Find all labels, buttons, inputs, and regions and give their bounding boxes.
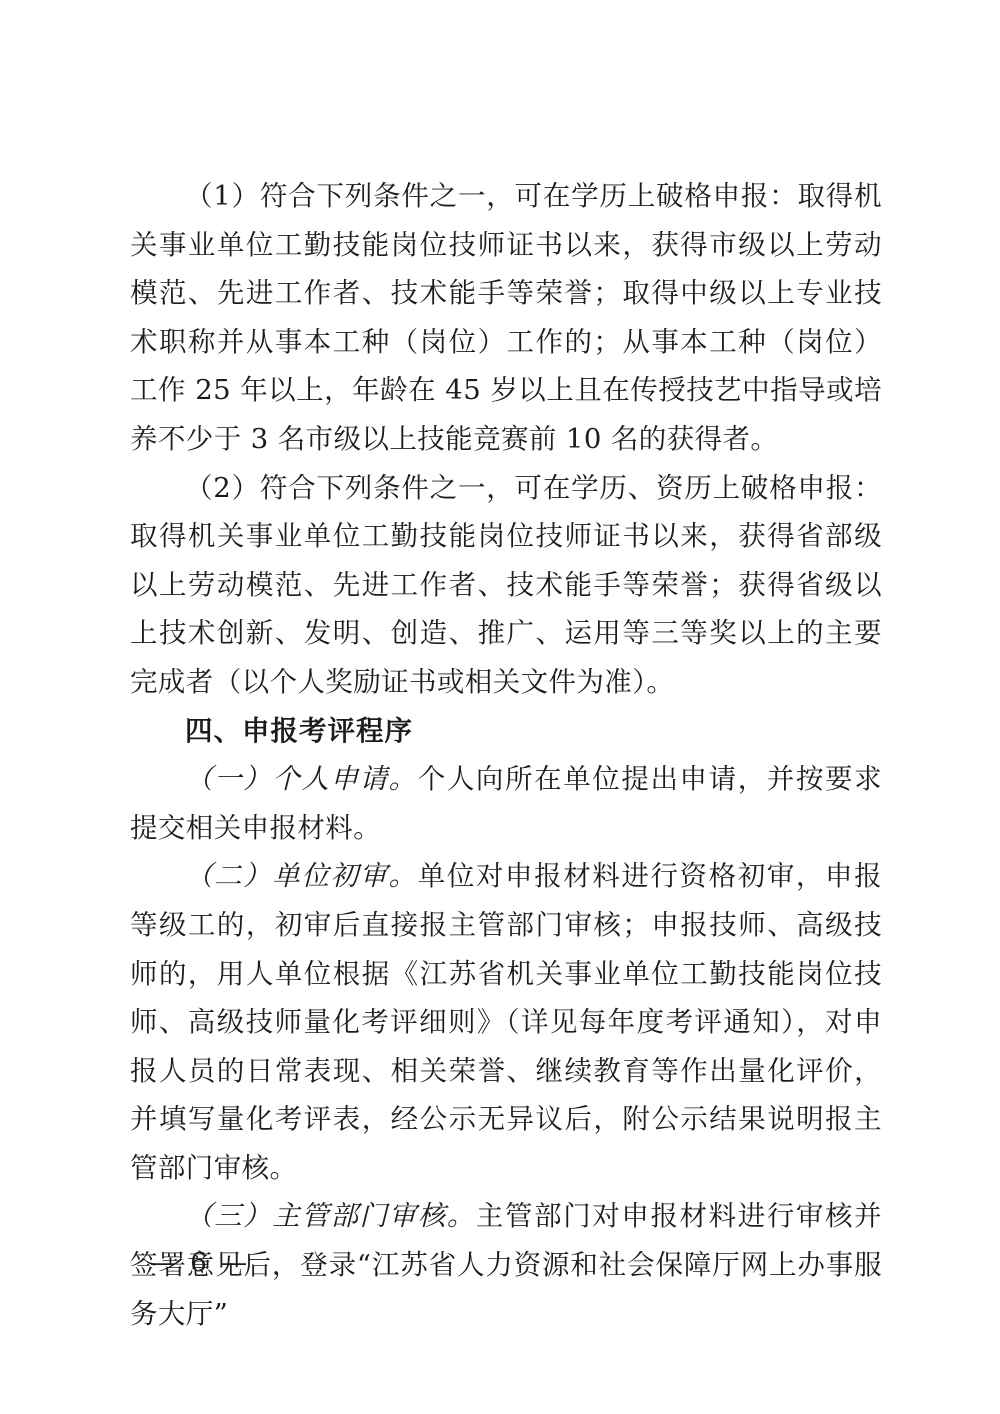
text-segment: 四、申报考评程序 bbox=[185, 715, 413, 747]
document-body: （1）符合下列条件之一，可在学历上破格申报：取得机关事业单位工勤技能岗位技师证书… bbox=[130, 172, 882, 1338]
section-heading: 四、申报考评程序 bbox=[130, 707, 882, 756]
text-segment: （二）单位初审。 bbox=[185, 860, 418, 892]
text-segment: 单位对申报材料进行资格初审，申报等级工的，初审后直接报主管部门审核；申报技师、高… bbox=[130, 860, 882, 1184]
paragraph: （2）符合下列条件之一，可在学历、资历上破格申报：取得机关事业单位工勤技能岗位技… bbox=[130, 464, 882, 707]
document-page: （1）符合下列条件之一，可在学历上破格申报：取得机关事业单位工勤技能岗位技师证书… bbox=[0, 0, 1000, 1414]
page-number-footer: — 6 — bbox=[150, 1246, 250, 1280]
paragraph: （1）符合下列条件之一，可在学历上破格申报：取得机关事业单位工勤技能岗位技师证书… bbox=[130, 172, 882, 464]
text-segment: （一）个人申请。 bbox=[185, 763, 418, 795]
text-segment: （三）主管部门审核。 bbox=[185, 1200, 476, 1232]
text-segment: （1）符合下列条件之一，可在学历上破格申报：取得机关事业单位工勤技能岗位技师证书… bbox=[130, 180, 882, 455]
paragraph: （二）单位初审。单位对申报材料进行资格初审，申报等级工的，初审后直接报主管部门审… bbox=[130, 852, 882, 1192]
paragraph: （一）个人申请。个人向所在单位提出申请，并按要求提交相关申报材料。 bbox=[130, 755, 882, 852]
text-segment: （2）符合下列条件之一，可在学历、资历上破格申报：取得机关事业单位工勤技能岗位技… bbox=[130, 472, 882, 698]
